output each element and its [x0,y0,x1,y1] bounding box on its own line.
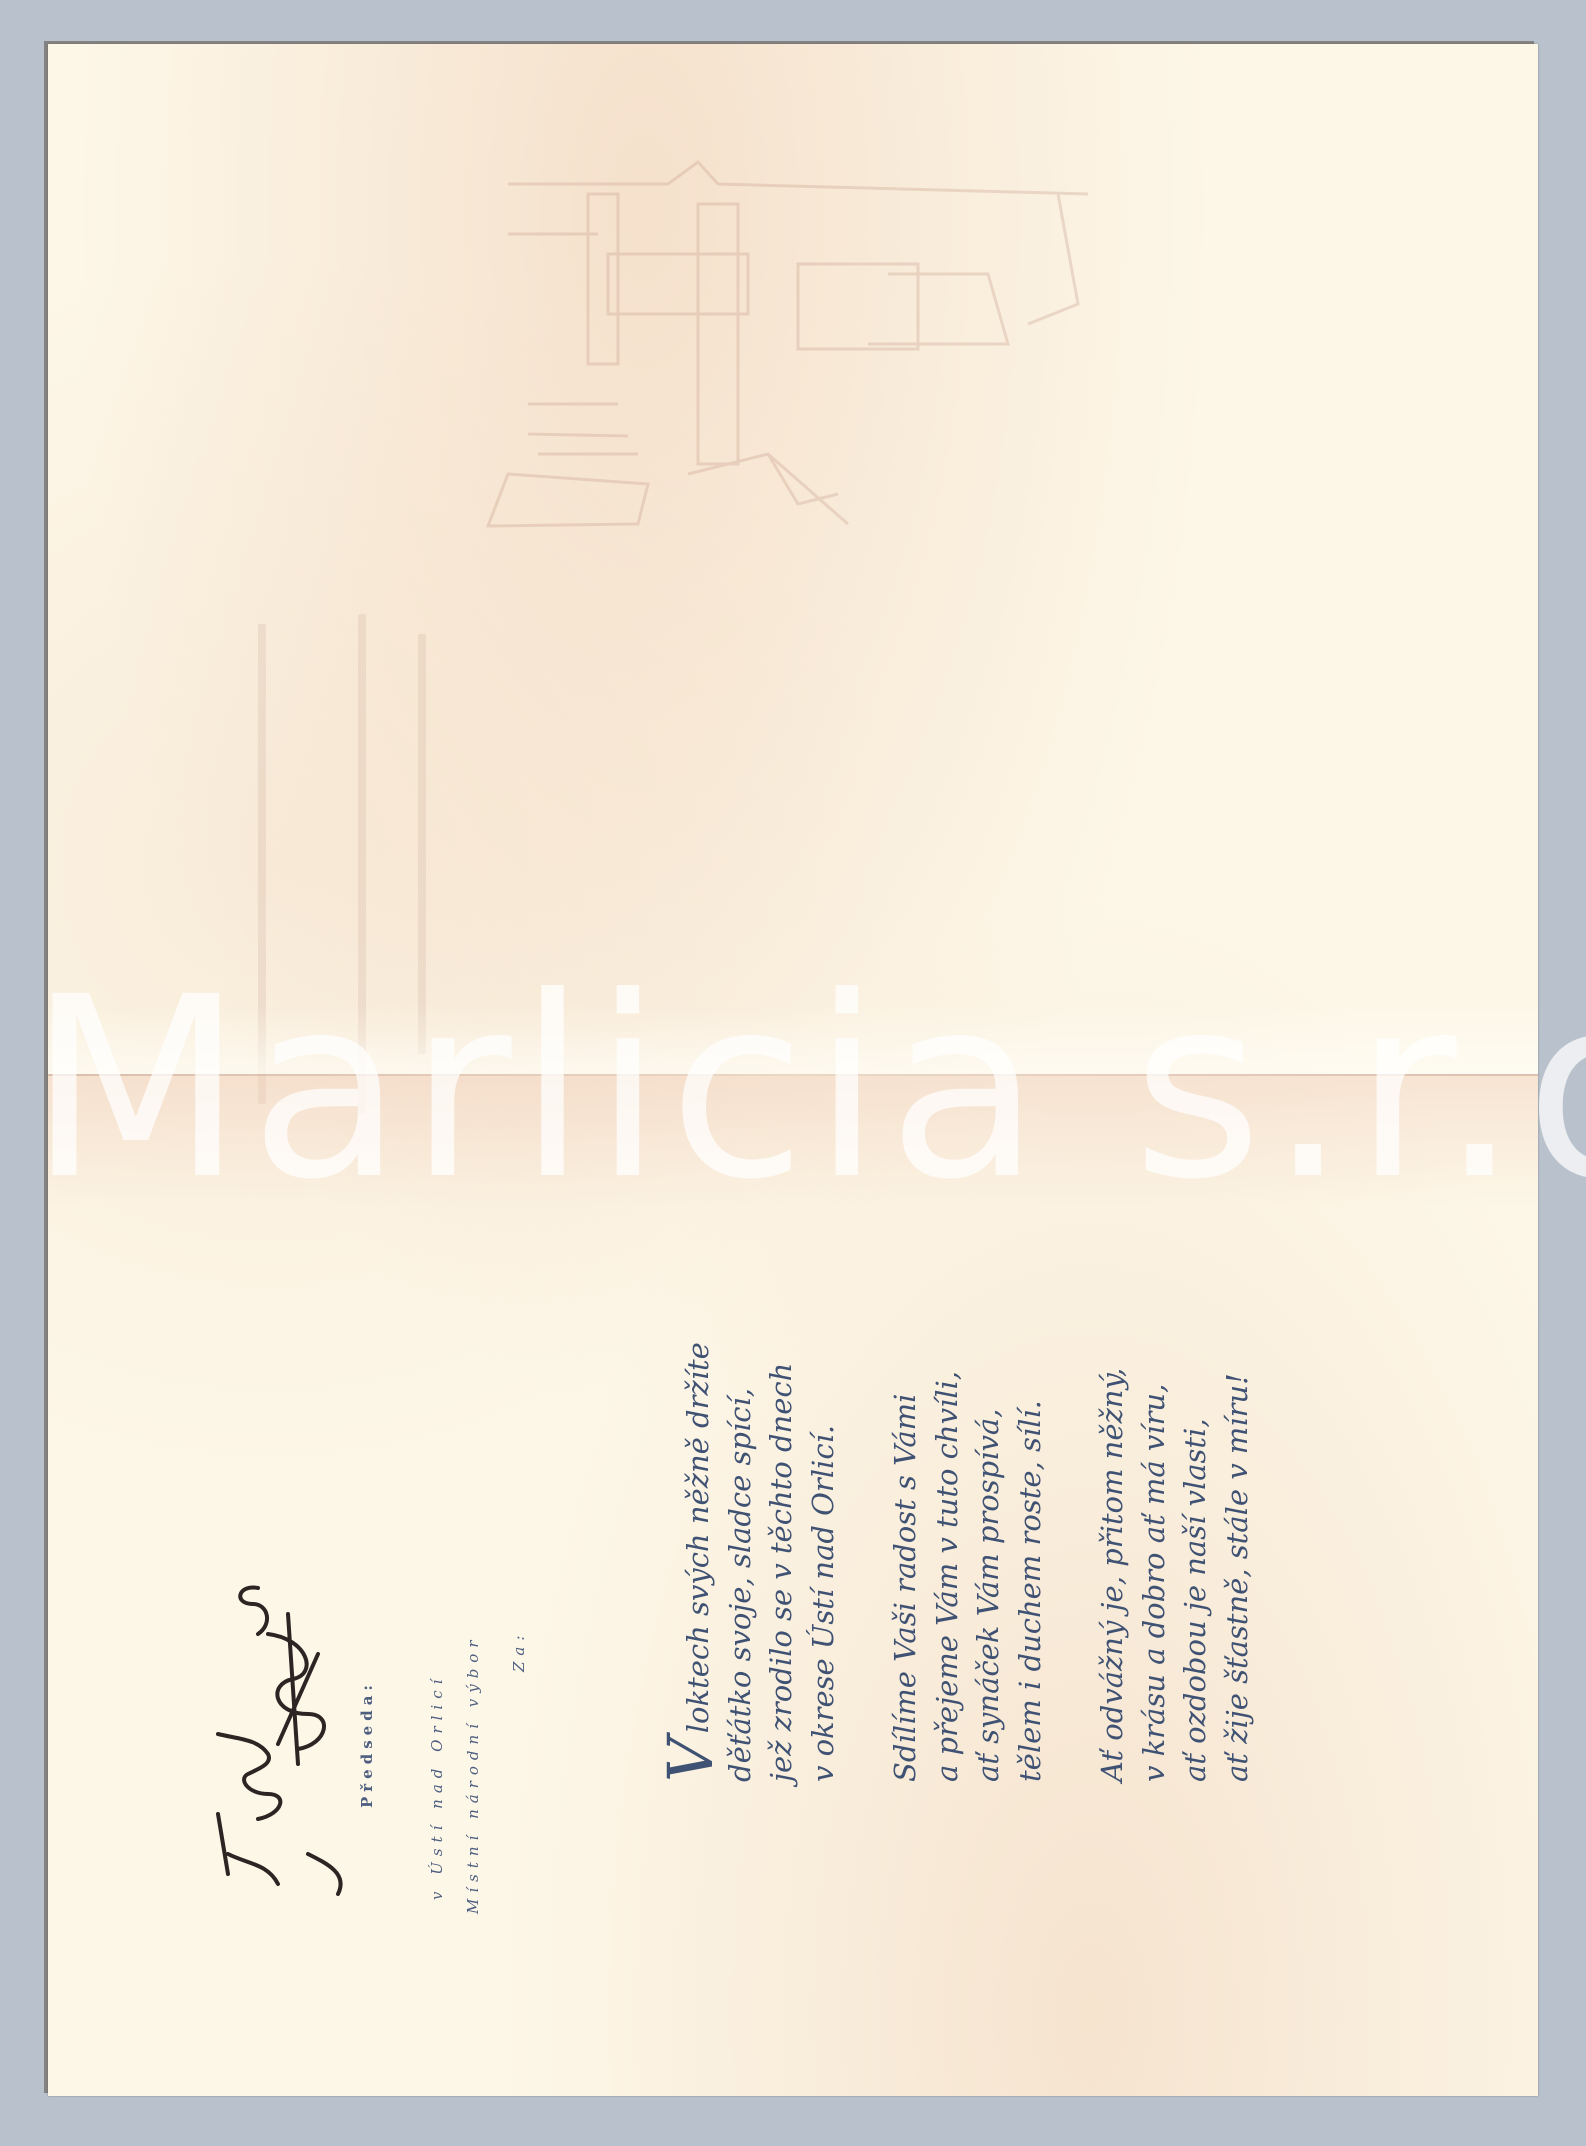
poem-line: ať ozdobou je naší vlasti, [1175,1342,1217,1782]
poem: Vloktech svých něžně držíte děťátko svoj… [678,1342,1299,1782]
organization-location: v Ústí nad Orlicí [428,1674,446,1900]
poem-stanza-1: Vloktech svých něžně držíte děťátko svoj… [678,1342,844,1782]
show-through-illustration-icon [468,154,1208,534]
poem-line: a přejeme Vám v tuto chvíli, [927,1342,969,1782]
poem-line: Sdílíme Vaši radost s Vámi [885,1342,927,1782]
poem-line: ať žije šťastně, stále v míru! [1217,1342,1259,1782]
signature-icon [198,1564,388,1904]
poem-line: v okrese Ústí nad Orlicí. [803,1342,845,1782]
fold-shadow [48,1076,1538,1206]
poem-line: Vloktech svých něžně držíte [678,1342,720,1782]
poem-line: děťátko svoje, sladce spící, [720,1342,762,1782]
poem-line: v krásu a dobro ať má víru, [1134,1342,1176,1782]
poem-line: jež zrodilo se v těchto dnech [761,1342,803,1782]
drop-cap: V [654,1737,727,1782]
poem-stanza-3: Ať odvážný je, přitom něžný, v krásu a d… [1092,1342,1258,1782]
poem-line: tělem i duchem roste, sílí. [1010,1342,1052,1782]
card-page: Vloktech svých něžně držíte děťátko svoj… [48,44,1538,2096]
poem-line: ať synáček Vám prospívá, [968,1342,1010,1782]
on-behalf-label: Za: [510,1630,528,1672]
fold-highlight [48,1004,1538,1074]
poem-stanza-2: Sdílíme Vaši radost s Vámi a přejeme Vám… [885,1342,1051,1782]
poem-line: Ať odvážný je, přitom něžný, [1092,1342,1134,1782]
organization-name: Místní národní výbor [464,1635,482,1915]
